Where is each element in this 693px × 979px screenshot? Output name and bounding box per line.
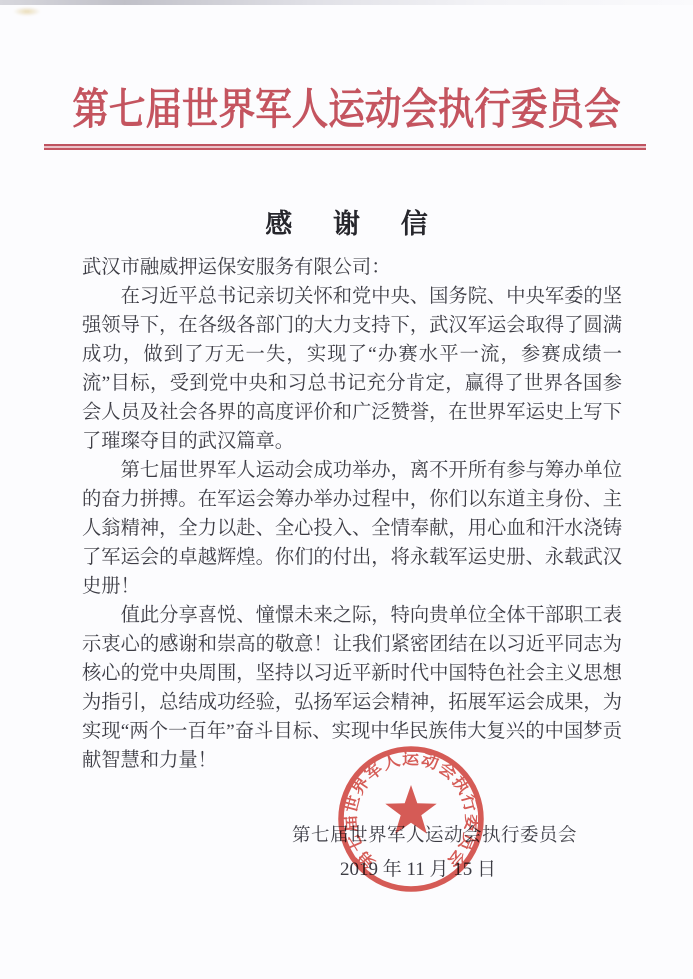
star-icon bbox=[385, 785, 436, 834]
letterhead-org-name: 第七届世界军人运动会执行委员会 bbox=[52, 76, 641, 137]
footer-rule bbox=[45, 885, 641, 894]
letter-page: 第七届世界军人运动会执行委员会 感 谢 信 武汉市融威押运保安服务有限公司： 在… bbox=[0, 0, 693, 979]
paragraph-2: 第七届世界军人运动会成功举办，离不开所有参与筹办单位的奋力拼搏。在军运会筹办举办… bbox=[82, 456, 622, 601]
letter-body: 武汉市融威押运保安服务有限公司： 在习近平总书记亲切关怀和党中央、国务院、中央军… bbox=[82, 253, 622, 775]
scan-artifact-smudge bbox=[13, 7, 41, 16]
scan-artifact-top-edge bbox=[0, 0, 693, 5]
paragraph-1: 在习近平总书记亲切关怀和党中央、国务院、中央军委的坚强领导下，在各级各部门的大力… bbox=[82, 282, 622, 456]
letterhead-rule bbox=[44, 144, 646, 150]
letter-title: 感 谢 信 bbox=[0, 202, 693, 241]
salutation: 武汉市融威押运保安服务有限公司： bbox=[82, 253, 622, 282]
official-seal: 第七届世界军人运动会执行委员会 bbox=[326, 734, 496, 904]
